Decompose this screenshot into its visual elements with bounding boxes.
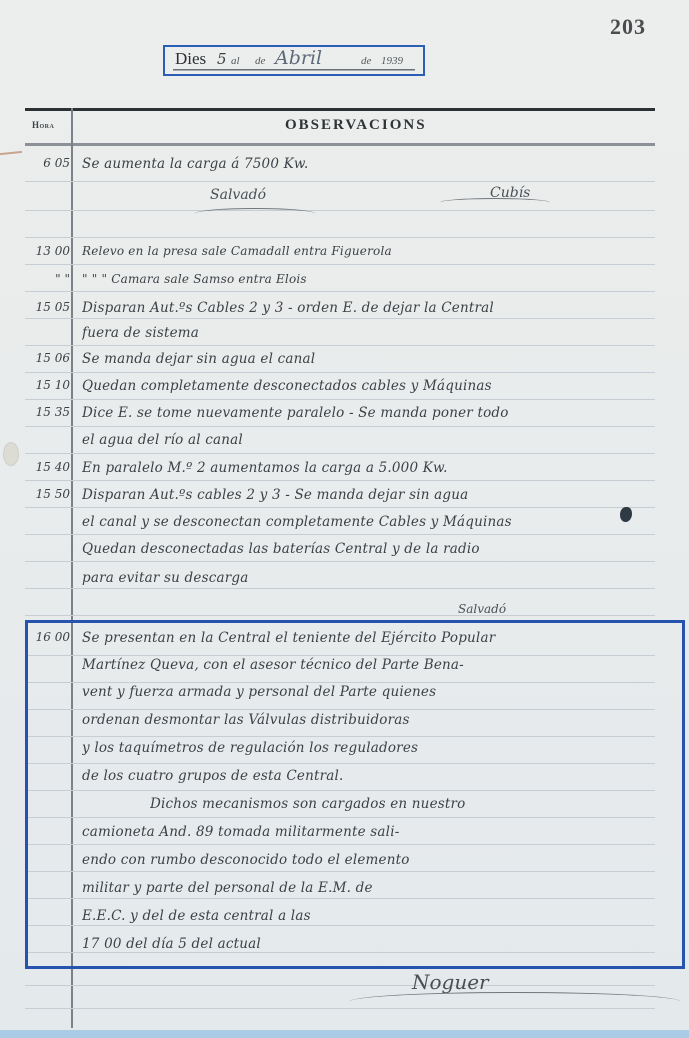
signature-flourish [350, 992, 680, 1011]
ruled-line [25, 291, 655, 292]
entry-time: 6 05 [18, 156, 70, 170]
ruled-line [25, 507, 655, 508]
entry-time: " " [18, 272, 70, 286]
entry-time: 15 40 [18, 460, 70, 474]
entry-line: " " " Camara sale Samso entra Elois [82, 272, 682, 286]
entry-line: E.E.C. y del de esta central a las [82, 908, 682, 924]
entry-time: 15 10 [18, 378, 70, 392]
signature-salvado: Salvadó [210, 187, 266, 203]
entry-line: ordenan desmontar las Válvulas distribui… [82, 712, 682, 728]
entry-line: vent y fuerza armada y personal del Part… [82, 684, 682, 700]
ruled-line [25, 264, 655, 265]
header-top-rule [25, 108, 655, 111]
entry-line: Disparan Aut.ºs Cables 2 y 3 - orden E. … [82, 300, 682, 316]
entry-line: Quedan desconectadas las baterías Centra… [82, 541, 682, 557]
entry-time: 13 00 [18, 244, 70, 258]
entry-time: 15 50 [18, 487, 70, 501]
entry-line: Se presentan en la Central el teniente d… [82, 630, 682, 646]
header-bottom-rule [25, 143, 655, 146]
bottom-border-strip [0, 1030, 689, 1038]
signature-flourish [440, 198, 550, 207]
entry-line: Disparan Aut.ºs cables 2 y 3 - Se manda … [82, 487, 682, 503]
ruled-line [25, 534, 655, 535]
entry-line: para evitar su descarga [82, 570, 682, 586]
ruled-line [25, 453, 655, 454]
entry-line: En paralelo M.º 2 aumentamos la carga a … [82, 460, 682, 476]
date-year: 1939 [381, 55, 403, 67]
entry-line: militar y parte del personal de la E.M. … [82, 880, 682, 896]
ruled-line [25, 985, 655, 986]
column-header-hora: Hora [32, 120, 54, 130]
entry-line: Dichos mecanismos son cargados en nuestr… [150, 796, 689, 812]
ruled-line [25, 318, 655, 319]
entry-line: el agua del río al canal [82, 432, 682, 448]
entry-line: camioneta And. 89 tomada militarmente sa… [82, 824, 682, 840]
ruled-line [25, 399, 655, 400]
entry-line: Se manda dejar sin agua el canal [82, 351, 682, 367]
ruled-line [25, 588, 655, 589]
date-de-2: de [361, 55, 371, 67]
ruled-line [25, 210, 655, 211]
entry-time: 15 06 [18, 351, 70, 365]
ruled-line [25, 426, 655, 427]
column-header-observacions: OBSERVACIONS [285, 117, 427, 134]
signature-salvado-2: Salvadó [458, 602, 506, 616]
signature-flourish [195, 208, 315, 219]
entry-line: Relevo en la presa sale Camadall entra F… [82, 244, 682, 258]
entry-line: Quedan completamente desconectados cable… [82, 378, 682, 394]
entry-line: Se aumenta la carga á 7500 Kw. [82, 156, 682, 172]
ruled-line [25, 237, 655, 238]
page-number: 203 [610, 14, 646, 40]
entry-line: 17 00 del día 5 del actual [82, 936, 682, 952]
entry-line: de los cuatro grupos de esta Central. [82, 768, 682, 784]
entry-line: Dice E. se tome nuevamente paralelo - Se… [82, 405, 682, 421]
date-underline [173, 69, 415, 71]
ruled-line [25, 480, 655, 481]
entry-time: 15 05 [18, 300, 70, 314]
ruled-line [25, 345, 655, 346]
entry-line: fuera de sistema [82, 325, 682, 341]
date-month: Abril [275, 47, 322, 69]
entry-line: el canal y se desconectan completamente … [82, 514, 682, 530]
ruled-line [25, 561, 655, 562]
entry-line: endo con rumbo desconocido todo el eleme… [82, 852, 682, 868]
margin-mark [0, 151, 22, 155]
date-de-1: de [255, 55, 265, 67]
ledger-page: 203 Dies 5 al de Abril de 1939 Hora OBSE… [0, 0, 689, 1030]
date-day: 5 [217, 50, 227, 68]
ruled-line [25, 372, 655, 373]
entry-time: 16 00 [18, 630, 70, 644]
entry-line: Martínez Queva, con el asesor técnico de… [82, 657, 682, 673]
entry-time: 15 35 [18, 405, 70, 419]
ruled-line [25, 615, 655, 616]
ruled-line [25, 181, 655, 182]
signature-noguer: Noguer [412, 970, 489, 994]
binding-hole [3, 442, 19, 466]
date-al: al [231, 55, 240, 67]
entry-line: y los taquímetros de regulación los regu… [82, 740, 682, 756]
date-label: Dies [175, 49, 206, 69]
date-box[interactable]: Dies 5 al de Abril de 1939 [163, 45, 425, 76]
